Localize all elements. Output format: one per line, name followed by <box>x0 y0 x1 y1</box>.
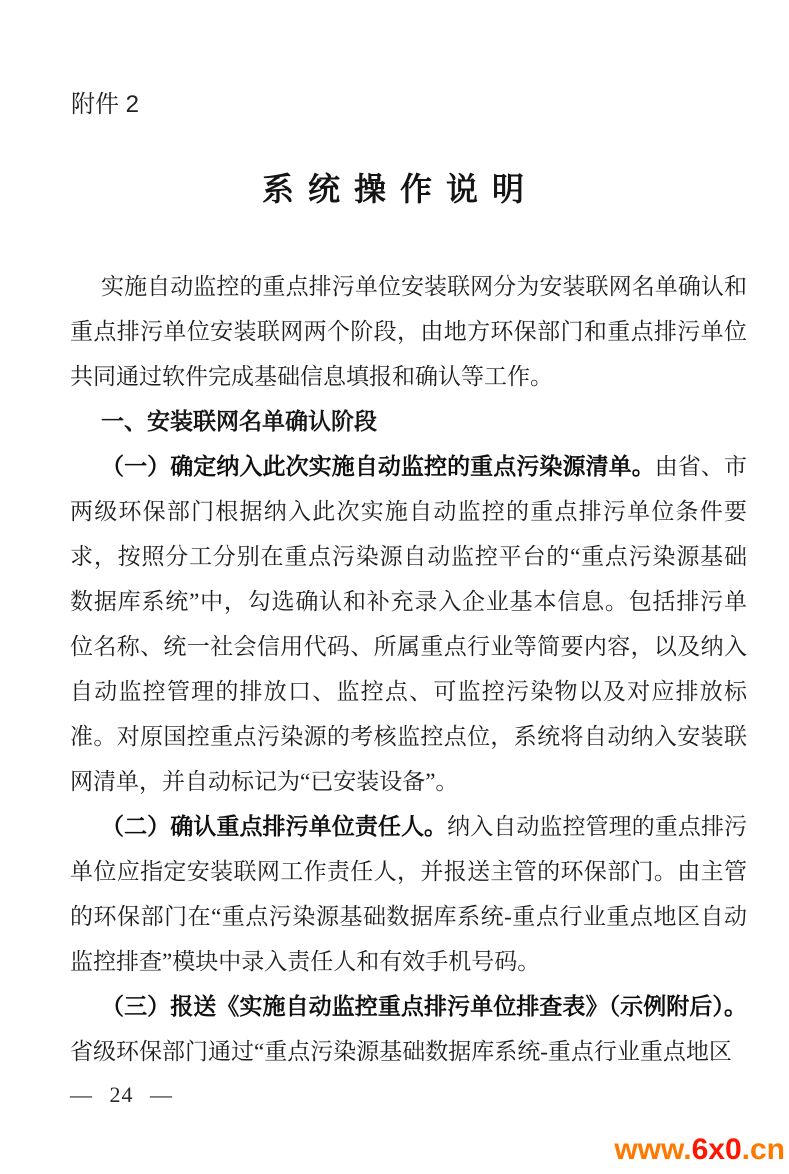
watermark-segment-6x0: 6x0 <box>692 1133 742 1166</box>
watermark: www.6x0.cn <box>614 1133 785 1167</box>
item-2-paragraph: （二）确认重点排污单位责任人。纳入自动监控管理的重点排污单位应指定安装联网工作责… <box>70 804 747 984</box>
attachment-label: 附件 2 <box>71 84 139 119</box>
item-1-lead: （一）确定纳入此次实施自动监控的重点污染源清单。 <box>101 454 655 479</box>
item-2-lead: （二）确认重点排污单位责任人。 <box>101 814 447 839</box>
document-title: 系 统 操 作 说 明 <box>0 170 789 208</box>
section-1-heading: 一、安装联网名单确认阶段 <box>70 399 747 444</box>
watermark-segment-cn: .cn <box>742 1133 785 1166</box>
item-3-lead: （三）报送《实施自动监控重点排污单位排查表》（示例附后）。 <box>101 994 747 1019</box>
intro-paragraph: 实施自动监控的重点排污单位安装联网分为安装联网名单确认和重点排污单位安装联网两个… <box>70 264 747 399</box>
item-3-paragraph: （三）报送《实施自动监控重点排污单位排查表》（示例附后）。省级环保部门通过“重点… <box>70 984 747 1074</box>
page-number: — 24 — <box>70 1082 173 1108</box>
document-body: 实施自动监控的重点排污单位安装联网分为安装联网名单确认和重点排污单位安装联网两个… <box>70 264 747 1074</box>
watermark-segment-www: www. <box>614 1133 691 1166</box>
item-3-body-text: 省级环保部门通过“重点污染源基础数据库系统-重点行业重点地区 <box>70 1039 732 1064</box>
item-1-paragraph: （一）确定纳入此次实施自动监控的重点污染源清单。由省、市两级环保部门根据纳入此次… <box>70 444 747 804</box>
document-page: 附件 2 系 统 操 作 说 明 实施自动监控的重点排污单位安装联网分为安装联网… <box>0 0 789 1174</box>
item-1-body-text: 由省、市两级环保部门根据纳入此次实施自动监控的重点排污单位条件要求，按照分工分别… <box>70 454 747 794</box>
